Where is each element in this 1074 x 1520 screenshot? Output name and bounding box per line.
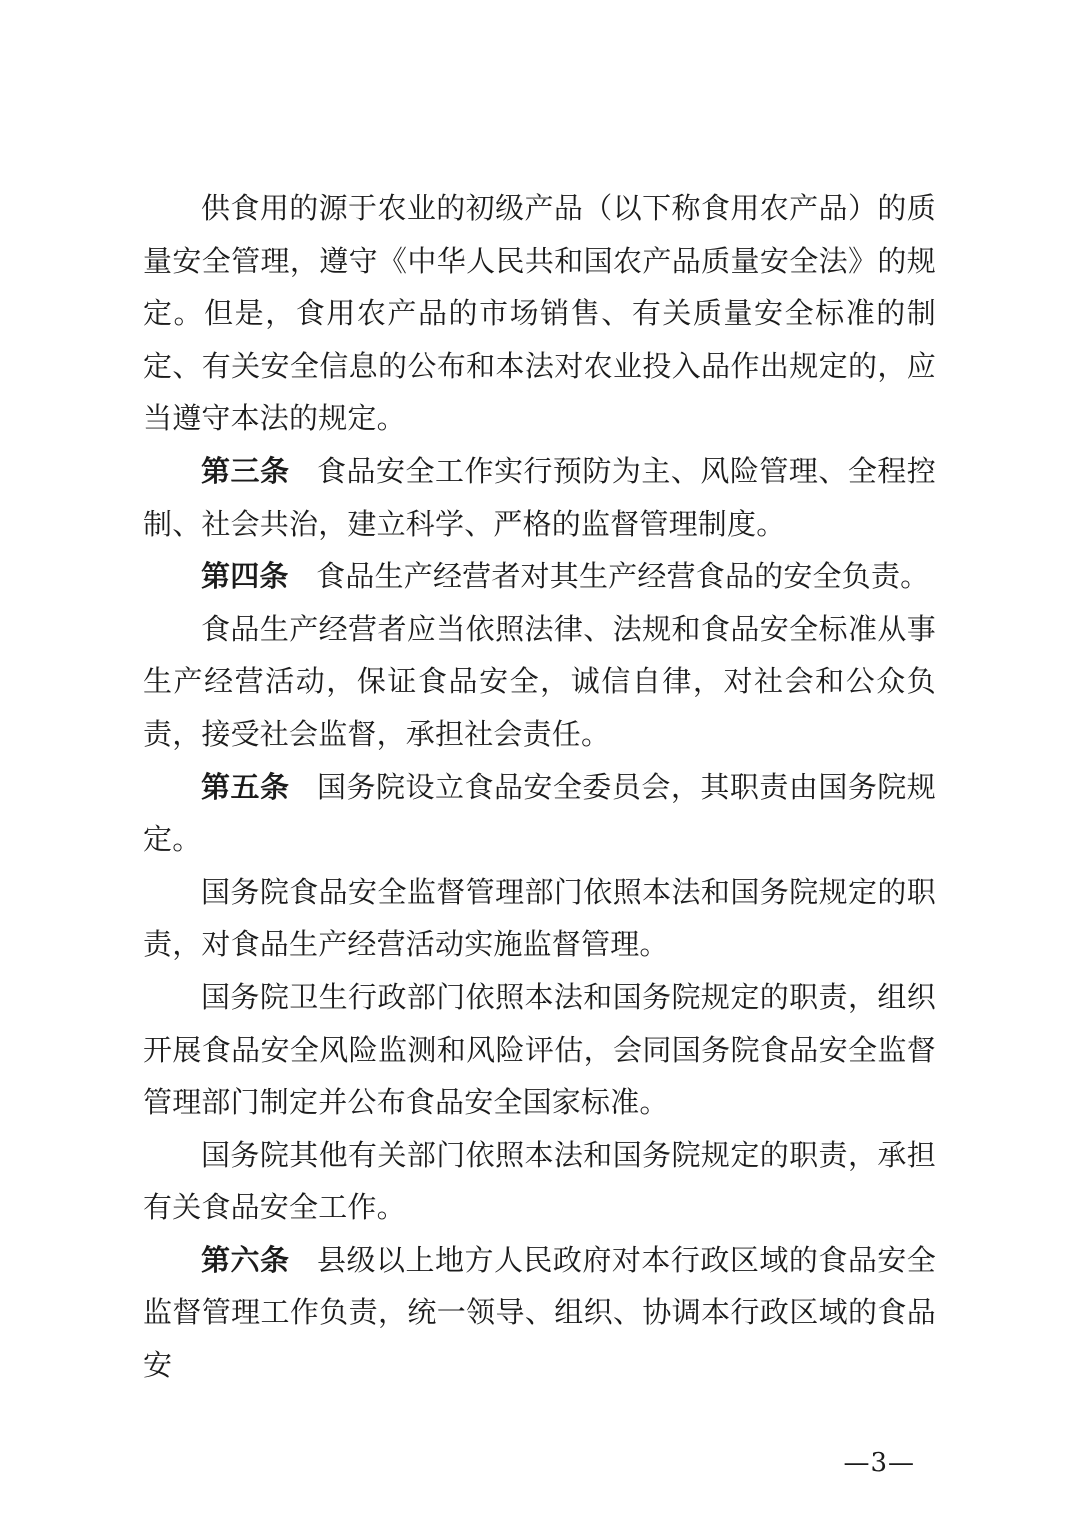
paragraph: 国务院其他有关部门依照本法和国务院规定的职责，承担有关食品安全工作。	[143, 1129, 936, 1234]
paragraph-text: 食品生产经营者应当依照法律、法规和食品安全标准从事生产经营活动，保证食品安全，诚…	[143, 612, 936, 751]
paragraph: 第四条食品生产经营者对其生产经营食品的安全负责。	[143, 550, 936, 603]
document-page: 供食用的源于农业的初级产品（以下称食用农产品）的质量安全管理，遵守《中华人民共和…	[0, 0, 1074, 1520]
article-number: 第四条	[201, 559, 289, 593]
paragraph: 第三条食品安全工作实行预防为主、风险管理、全程控制、社会共治，建立科学、严格的监…	[143, 445, 936, 550]
paragraph-text: 食品生产经营者对其生产经营食品的安全负责。	[316, 559, 929, 593]
article-number: 第六条	[201, 1243, 289, 1277]
paragraph: 国务院卫生行政部门依照本法和国务院规定的职责，组织开展食品安全风险监测和风险评估…	[143, 971, 936, 1129]
paragraph: 食品生产经营者应当依照法律、法规和食品安全标准从事生产经营活动，保证食品安全，诚…	[143, 603, 936, 761]
paragraph-text: 国务院卫生行政部门依照本法和国务院规定的职责，组织开展食品安全风险监测和风险评估…	[143, 980, 936, 1119]
paragraph: 国务院食品安全监督管理部门依照本法和国务院规定的职责，对食品生产经营活动实施监督…	[143, 866, 936, 971]
page-number: —3—	[843, 1448, 915, 1478]
paragraph-text: 国务院食品安全监督管理部门依照本法和国务院规定的职责，对食品生产经营活动实施监督…	[143, 875, 936, 962]
paragraph: 第五条国务院设立食品安全委员会，其职责由国务院规定。	[143, 761, 936, 866]
article-number: 第五条	[201, 770, 289, 804]
paragraph: 第六条县级以上地方人民政府对本行政区域的食品安全监督管理工作负责，统一领导、组织…	[143, 1234, 936, 1392]
document-body: 供食用的源于农业的初级产品（以下称食用农产品）的质量安全管理，遵守《中华人民共和…	[143, 182, 936, 1392]
paragraph-text: 国务院其他有关部门依照本法和国务院规定的职责，承担有关食品安全工作。	[143, 1138, 936, 1225]
paragraph-text: 供食用的源于农业的初级产品（以下称食用农产品）的质量安全管理，遵守《中华人民共和…	[143, 191, 936, 435]
article-number: 第三条	[201, 454, 289, 488]
paragraph: 供食用的源于农业的初级产品（以下称食用农产品）的质量安全管理，遵守《中华人民共和…	[143, 182, 936, 445]
